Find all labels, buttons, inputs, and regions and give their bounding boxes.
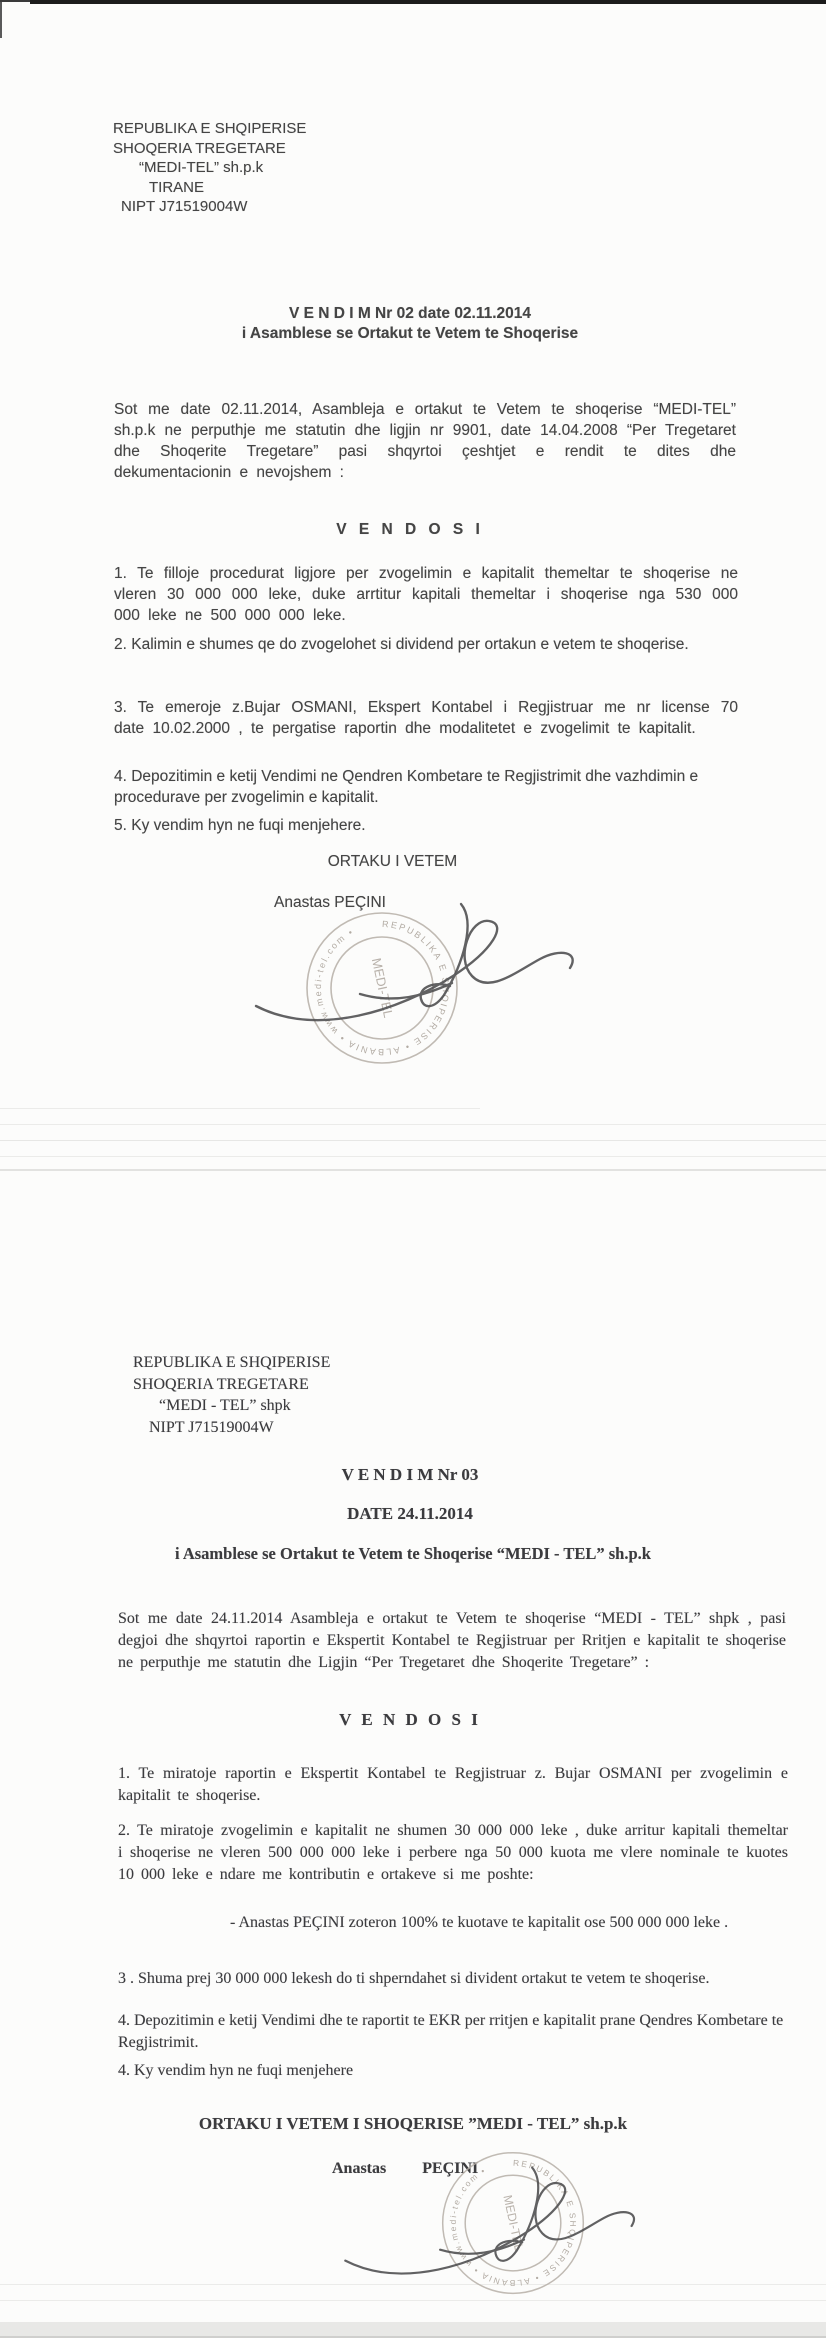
page1-closing: ORTAKU I VETEM <box>115 851 670 872</box>
letterhead-line: SHOQERIA TREGETARE <box>133 1374 330 1396</box>
decision-subtitle: i Asamblese se Ortakut te Vetem te Shoqe… <box>100 324 720 344</box>
scan-streak <box>0 1140 826 1141</box>
page1-item-2: 2. Kalimin e shumes qe do zvogelohet si … <box>114 634 784 655</box>
letterhead-line: “MEDI-TEL” sh.p.k <box>139 158 306 178</box>
signature-icon <box>248 898 588 1038</box>
scan-edge-left <box>0 2 2 38</box>
page2-subitem-share: - Anastas PEÇINI zoteron 100% te kuotave… <box>118 1912 778 1934</box>
page2-item-1: 1. Te miratoje raportin e Ekspertit Kont… <box>118 1763 788 1807</box>
page2-vendosi-heading: V E N D O S I <box>100 1709 720 1731</box>
letterhead-line: SHOQERIA TREGETARE <box>113 139 306 159</box>
page1-letterhead: REPUBLIKA E SHQIPERISE SHOQERIA TREGETAR… <box>113 119 306 217</box>
scanned-document: REPUBLIKA E SHQIPERISE SHOQERIA TREGETAR… <box>0 0 826 2338</box>
page2-intro-paragraph: Sot me date 24.11.2014 Asambleja e ortak… <box>118 1608 786 1674</box>
letterhead-line: “MEDI - TEL” shpk <box>159 1395 330 1417</box>
page1-item-3: 3. Te emeroje z.Bujar OSMANI, Ekspert Ko… <box>114 697 738 739</box>
letterhead-line: NIPT J71519004W <box>149 1417 330 1439</box>
page1-title: V E N D I M Nr 02 date 02.11.2014 i Asam… <box>100 304 720 344</box>
scan-streak <box>0 1156 826 1157</box>
page2-item-5: 4. Ky vendim hyn ne fuqi menjehere <box>118 2060 788 2082</box>
page1-item-4: 4. Depozitimin e ketij Vendimi ne Qendre… <box>114 766 738 808</box>
scan-edge-top <box>30 0 826 4</box>
decision-number: V E N D I M Nr 02 date 02.11.2014 <box>100 304 720 324</box>
letterhead-line: REPUBLIKA E SHQIPERISE <box>133 1352 330 1374</box>
signature-icon <box>338 2162 648 2290</box>
page2-decision-date: DATE 24.11.2014 <box>100 1503 720 1525</box>
letterhead-line: REPUBLIKA E SHQIPERISE <box>113 119 306 139</box>
page2-item-4: 4. Depozitimin e ketij Vendimi dhe te ra… <box>118 2010 788 2054</box>
page2-closing: ORTAKU I VETEM I SHOQERISE ”MEDI - TEL” … <box>90 2113 736 2135</box>
page1-intro-paragraph: Sot me date 02.11.2014, Asambleja e orta… <box>114 399 736 483</box>
page1-vendosi-heading: V E N D O S I <box>100 519 720 540</box>
page2-decision-subtitle: i Asamblese se Ortakut te Vetem te Shoqe… <box>90 1543 736 1565</box>
scan-streak <box>0 1108 480 1109</box>
page2-letterhead: REPUBLIKA E SHQIPERISE SHOQERIA TREGETAR… <box>133 1352 330 1438</box>
letterhead-line: TIRANE <box>149 178 306 198</box>
page1-item-1: 1. Te filloje procedurat ligjore per zvo… <box>114 563 738 626</box>
page2-item-3: 3 . Shuma prej 30 000 000 lekesh do ti s… <box>118 1968 788 1990</box>
scan-streak <box>0 2300 826 2301</box>
page2-decision-number: V E N D I M Nr 03 <box>100 1464 720 1486</box>
page2-item-2: 2. Te miratoje zvogelimin e kapitalit ne… <box>118 1820 788 1886</box>
scan-streak <box>0 1124 826 1125</box>
letterhead-line: NIPT J71519004W <box>121 197 306 217</box>
page-separator <box>0 1169 826 1171</box>
page1-item-5: 5. Ky vendim hyn ne fuqi menjehere. <box>114 815 738 836</box>
